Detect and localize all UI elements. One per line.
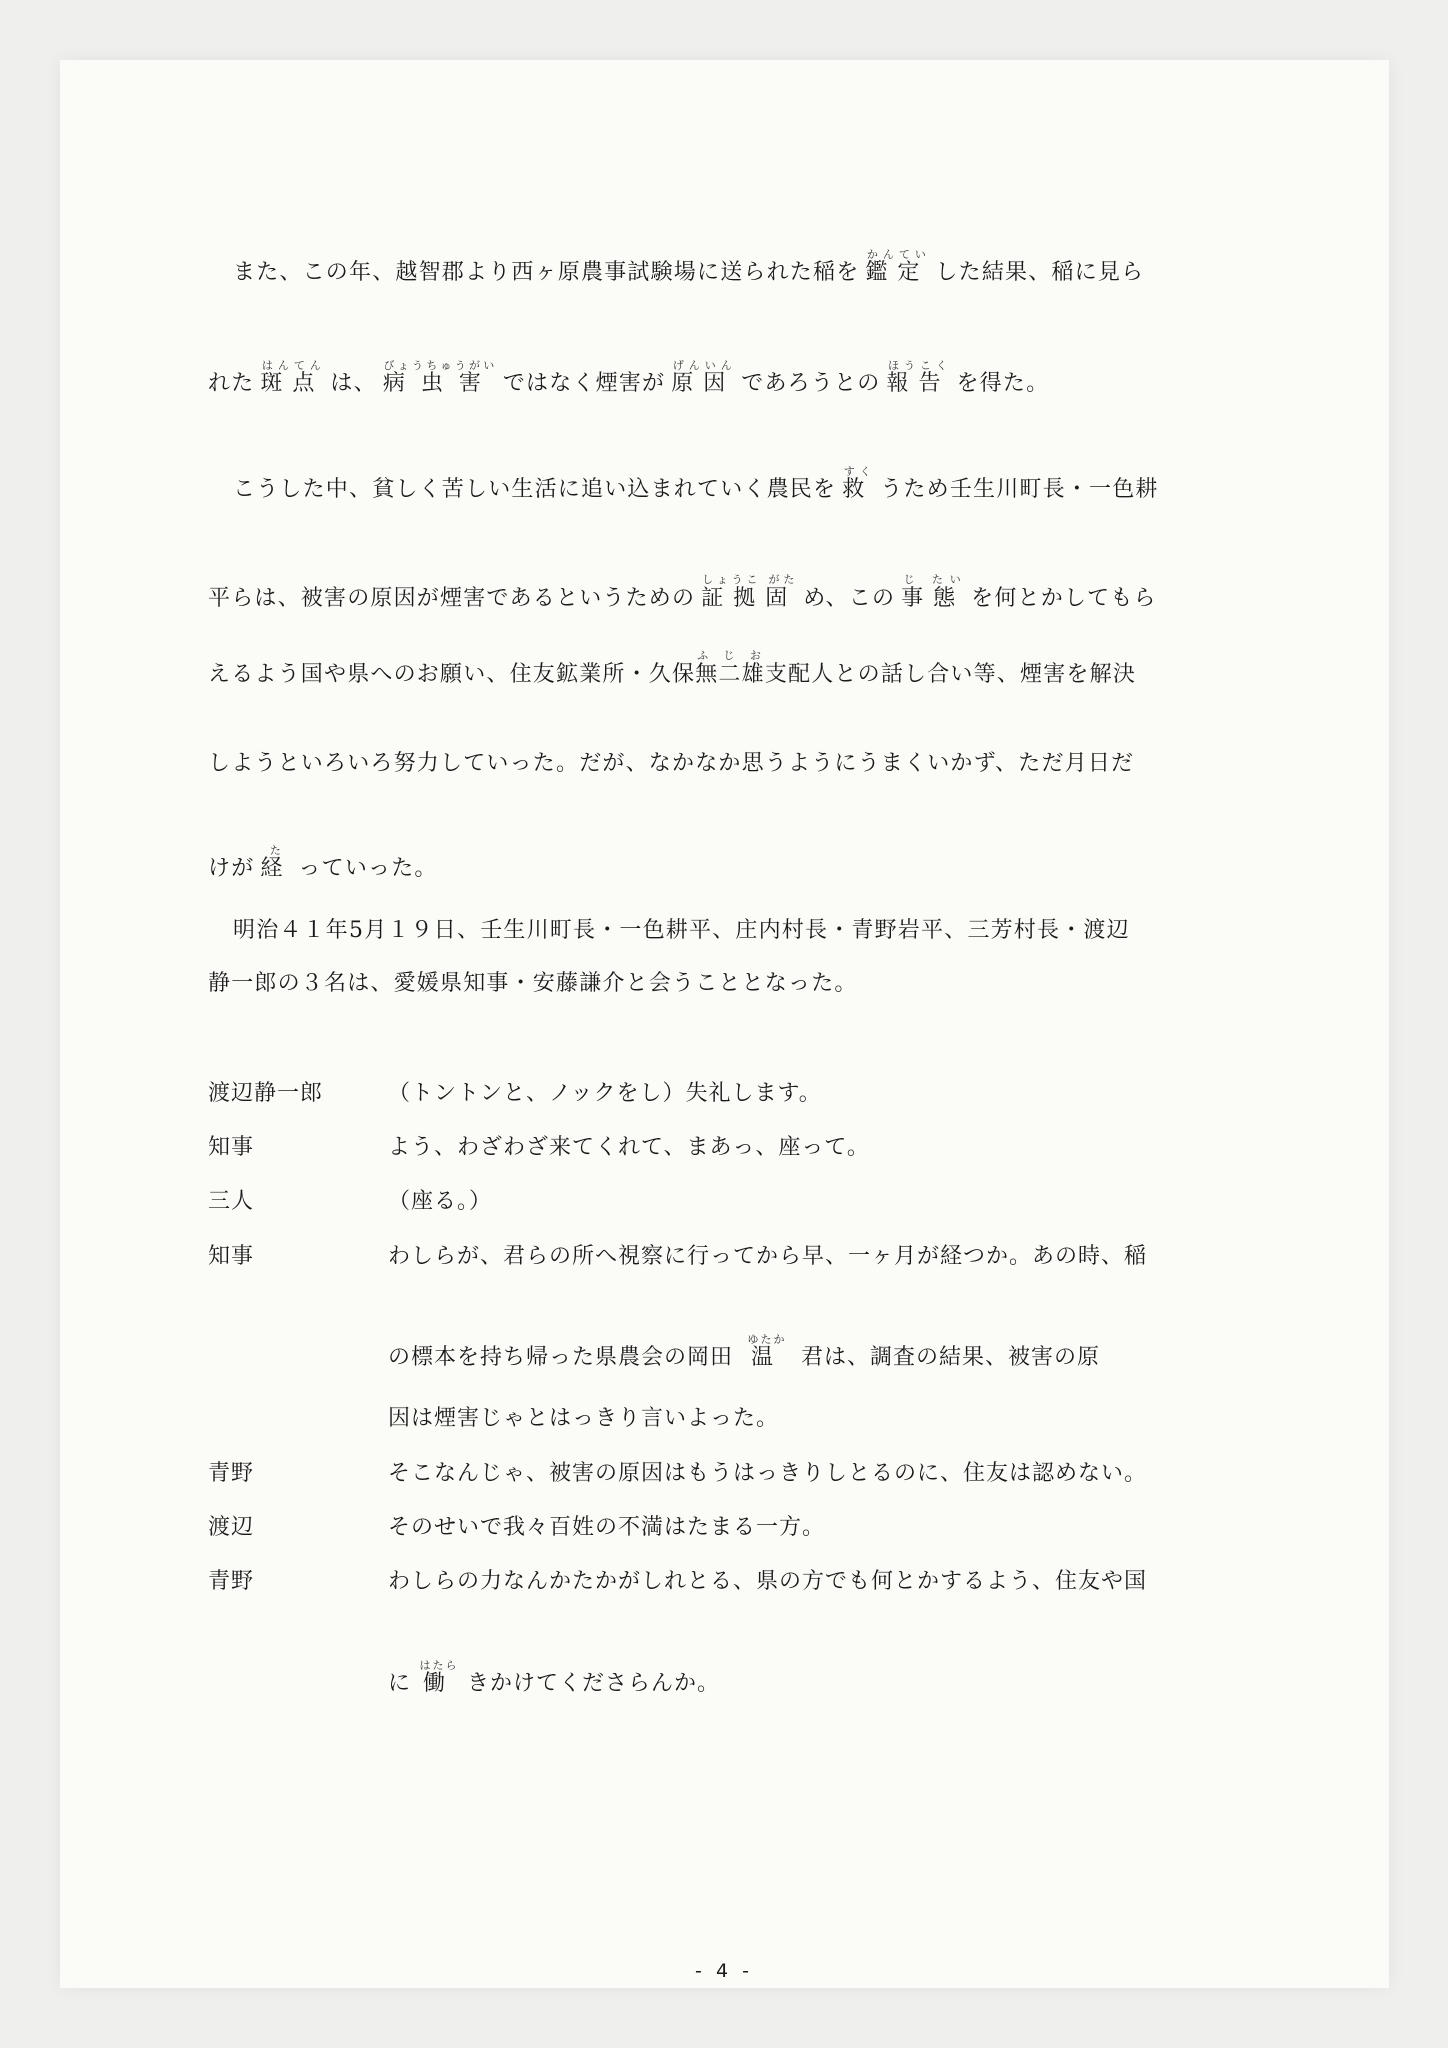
speech-line: の標本を持ち帰った県農会の岡田温ゆたか君は、調査の結果、被害の原 (388, 1333, 1248, 1373)
text: を何とかしてもら (971, 586, 1157, 611)
speaker-name: 渡辺静一郎 (208, 1079, 323, 1109)
narration-line: けが経たっていった。 (208, 844, 1248, 884)
text: 平らは、被害の原因が煙害であるというための (208, 586, 695, 611)
ruby-word: 無二雄ふ じ お (695, 662, 765, 687)
text: 静一郎の３名は、愛媛県知事・安藤謙介と会うこととなった。 (208, 971, 858, 996)
ruby-word: 事態じ たい (901, 586, 965, 611)
text: め、この (803, 586, 895, 611)
narration-line: れた斑点はんてんは、病虫害びょうちゅうがいではなく煙害が原因げんいんであろうとの… (208, 359, 1248, 399)
text: ではなく煙害が (503, 371, 665, 396)
speaker-name: 知事 (208, 1133, 254, 1163)
narration-line: しようといろいろ努力していった。だが、なかなか思うようにうまくいかず、ただ月日だ (208, 749, 1248, 779)
text: っていった。 (298, 856, 437, 881)
speech-line: わしらの力なんかたかがしれとる、県の方でも何とかするよう、住友や国 (388, 1567, 1248, 1597)
text: 支配人との話し合い等、煙害を解決 (765, 662, 1136, 687)
speech-line: そこなんじゃ、被害の原因はもうはっきりしとるのに、住友は認めない。 (388, 1459, 1248, 1489)
speaker-name: 青野 (208, 1567, 254, 1597)
speech-line: （座る。） (388, 1187, 1248, 1217)
ruby-word: 経た (260, 856, 292, 881)
ruby-word: 報告ほうこく (886, 371, 950, 396)
ruby-word: 鑑定かんてい (865, 260, 929, 285)
speaker-name: 青野 (208, 1459, 254, 1489)
text: の標本を持ち帰った県農会の岡田 (388, 1345, 733, 1370)
narration-line: 明治４１年5月１９日、壬生川町長・一色耕平、庄内村長・青野岩平、三芳村長・渡辺 (208, 916, 1273, 946)
narration-line: 静一郎の３名は、愛媛県知事・安藤謙介と会うこととなった。 (208, 969, 1248, 999)
text: けが (208, 856, 254, 881)
speech-line: に働はたらきかけてくださらんか。 (388, 1659, 1248, 1699)
speech-line: （トントンと、ノックをし）失礼します。 (388, 1079, 1248, 1109)
ruby-word: 温ゆたか (751, 1345, 783, 1370)
ruby-word: 救すく (842, 477, 874, 502)
ruby-word: 病虫害びょうちゅうがい (383, 371, 497, 396)
text: 君は、調査の結果、被害の原 (801, 1345, 1100, 1370)
text: きかけてくださらんか。 (467, 1671, 720, 1696)
text: うため壬生川町長・一色耕 (880, 477, 1158, 502)
text: また、この年、越智郡より西ヶ原農事試験場に送られた稲を (233, 260, 859, 285)
speech-line: そのせいで我々百姓の不満はたまる一方。 (388, 1513, 1248, 1543)
speaker-name: 三人 (208, 1187, 254, 1217)
text: を得た。 (956, 371, 1049, 396)
text: 明治４１年5月１９日、壬生川町長・一色耕平、庄内村長・青野岩平、三芳村長・渡辺 (233, 918, 1130, 943)
page-number: - 4 - (0, 1960, 1448, 1982)
speech-line: よう、わざわざ来てくれて、まあっ、座って。 (388, 1133, 1248, 1163)
text: に (388, 1671, 411, 1696)
narration-line: 平らは、被害の原因が煙害であるというための証拠固しょうこ がため、この事態じ た… (208, 573, 1248, 614)
speaker-name: 渡辺 (208, 1513, 254, 1543)
ruby-word: 原因げんいん (671, 371, 735, 396)
text: は、 (330, 371, 376, 396)
narration-line: えるよう国や県へのお願い、住友鉱業所・久保無二雄ふ じ お支配人との話し合い等、… (208, 649, 1248, 690)
text: した結果、稲に見ら (935, 260, 1144, 285)
speaker-name: 知事 (208, 1242, 254, 1272)
ruby-word: 斑点はんてん (260, 371, 324, 396)
narration-line: こうした中、貧しく苦しい生活に追い込まれていく農民を救すくうため壬生川町長・一色… (208, 465, 1273, 505)
text: えるよう国や県へのお願い、住友鉱業所・久保 (208, 662, 695, 687)
ruby-word: 働はたら (423, 1671, 455, 1696)
ruby-word: 証拠固しょうこ がた (701, 586, 797, 611)
speech-line: わしらが、君らの所へ視察に行ってから早、一ヶ月が経つか。あの時、稲 (388, 1242, 1248, 1272)
text: であろうとの (741, 371, 880, 396)
narration-line: また、この年、越智郡より西ヶ原農事試験場に送られた稲を鑑定かんていした結果、稲に… (208, 248, 1273, 288)
text: しようといろいろ努力していった。だが、なかなか思うようにうまくいかず、ただ月日だ (208, 751, 1134, 776)
speech-line: 因は煙害じゃとはっきり言いよった。 (388, 1404, 1248, 1434)
text: こうした中、貧しく苦しい生活に追い込まれていく農民を (233, 477, 836, 502)
text: れた (208, 371, 254, 396)
